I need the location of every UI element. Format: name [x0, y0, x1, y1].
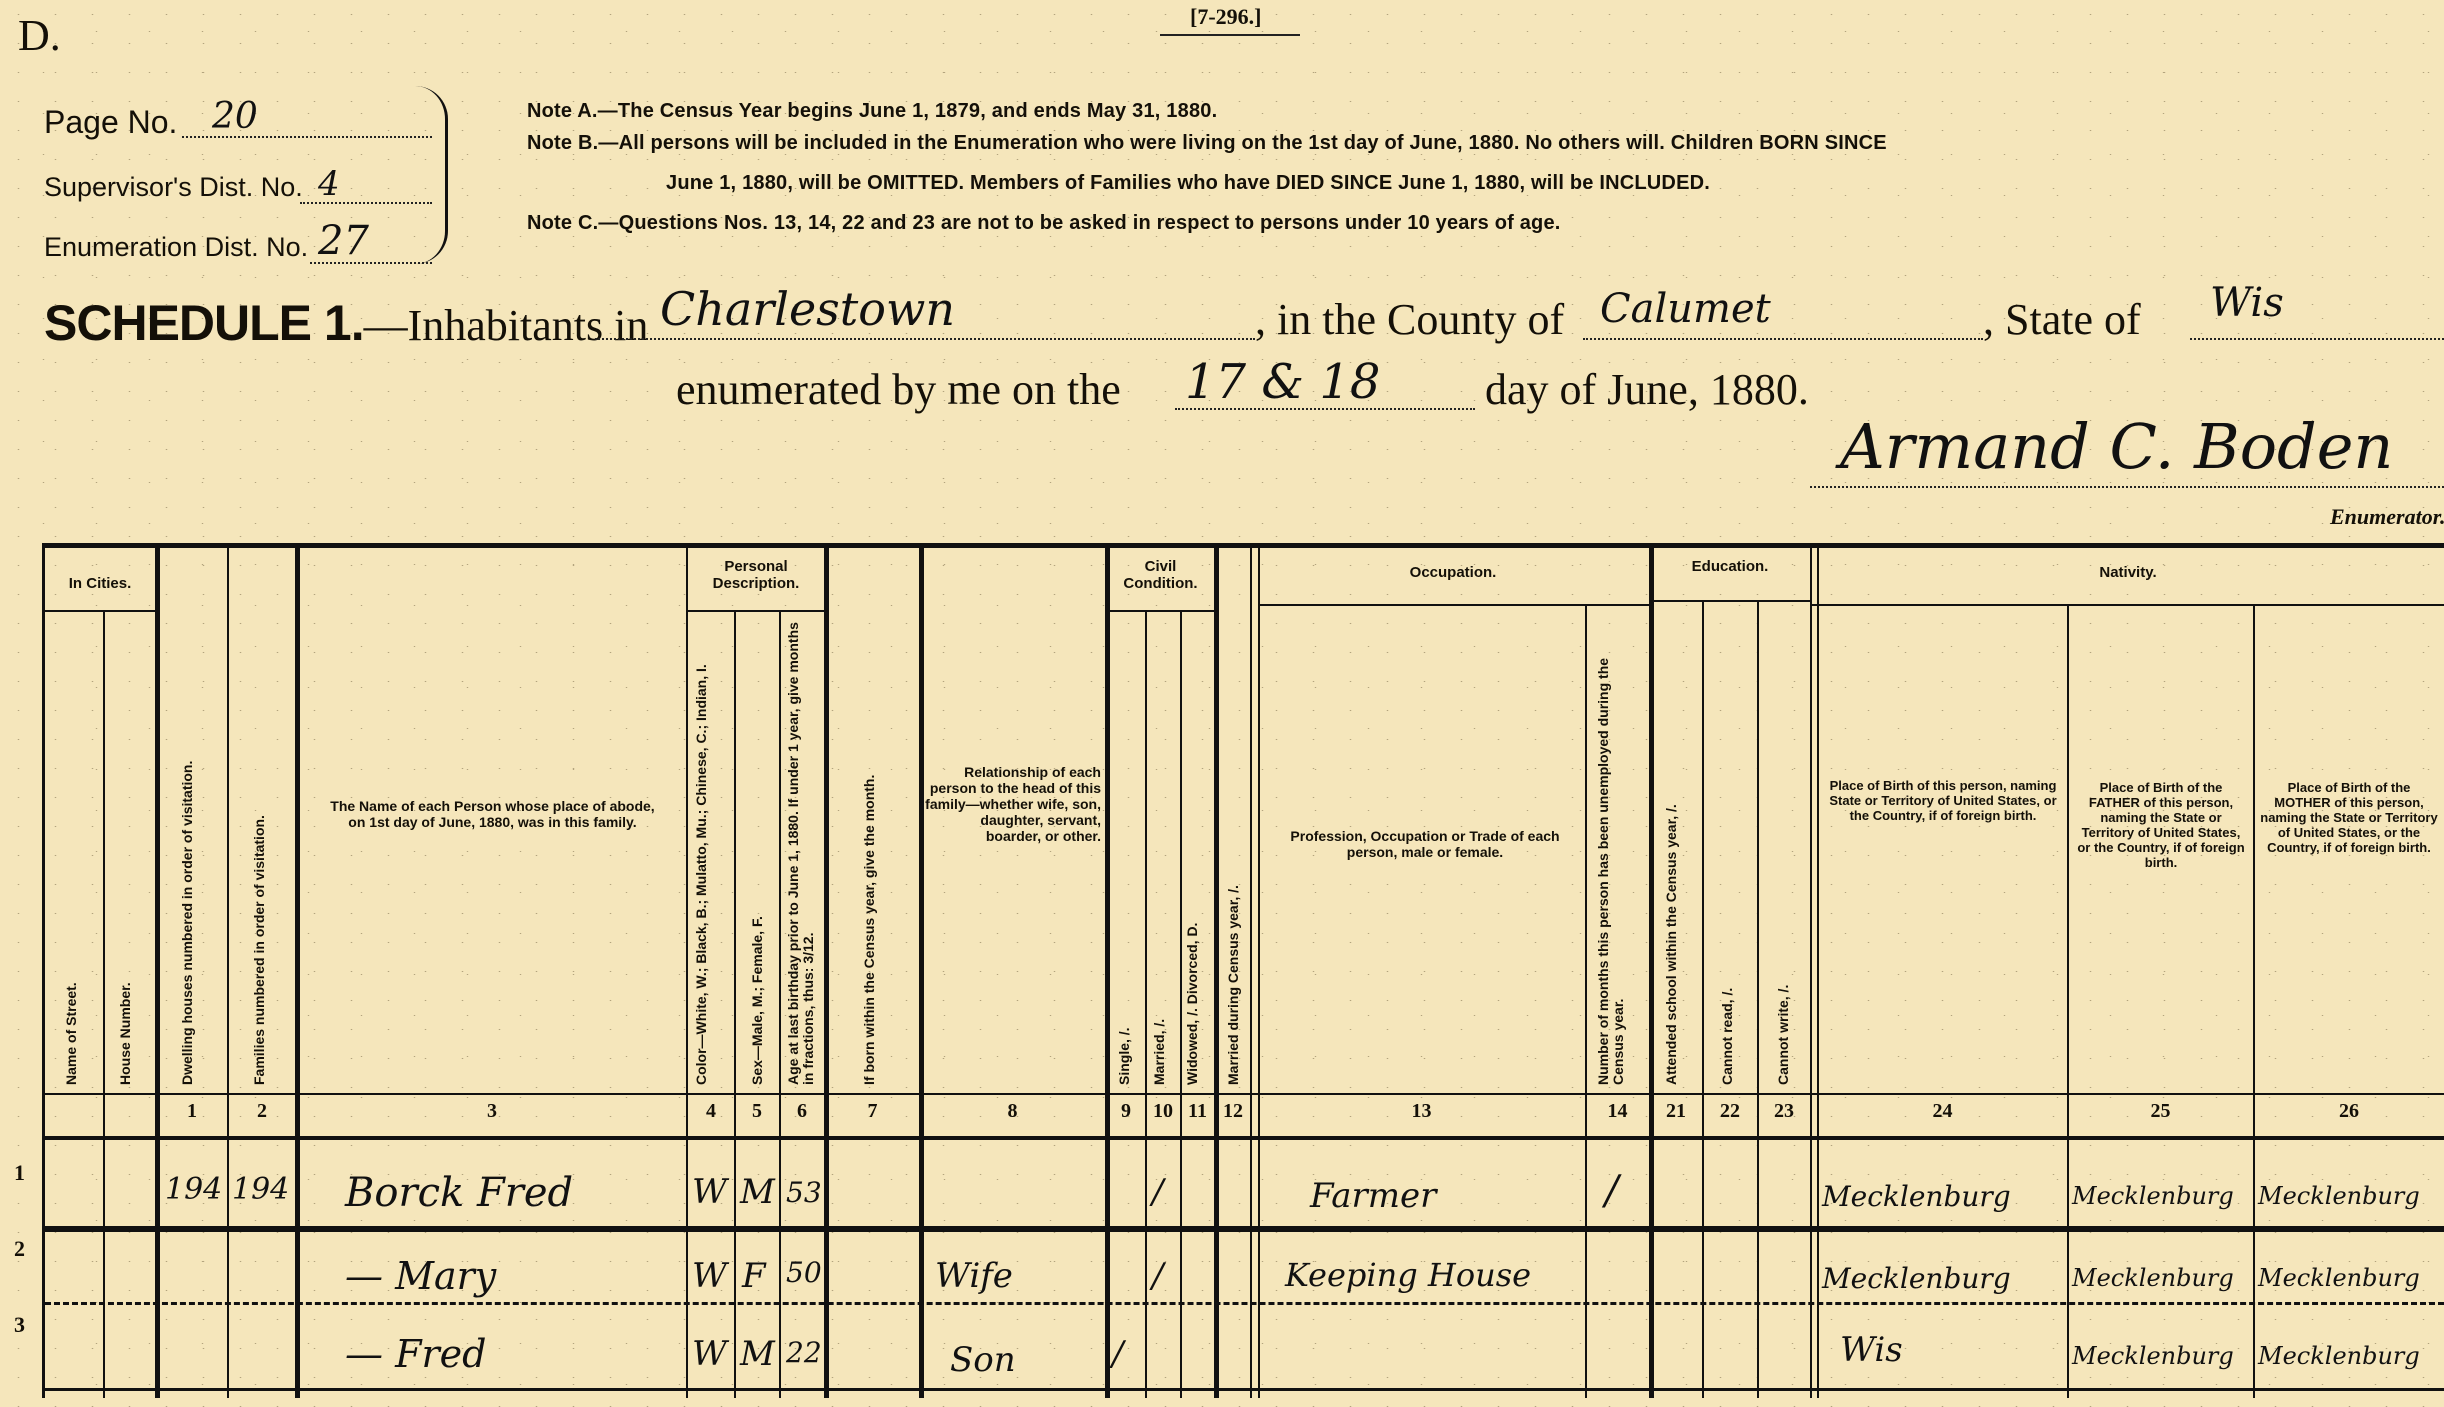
note-c: Note C.—Questions Nos. 13, 14, 22 and 23… — [527, 212, 1561, 235]
col-divider — [734, 612, 736, 1398]
days-value: 17 & 18 — [1185, 354, 1380, 410]
header-relationship: Relationship of each person to the head … — [925, 764, 1101, 844]
header-birthplace: Place of Birth of this person, naming St… — [1824, 778, 2062, 823]
family-separator-rule — [45, 1226, 2444, 1232]
header-occupation: Profession, Occupation or Trade of each … — [1270, 828, 1580, 860]
col-divider — [1585, 606, 1587, 1398]
cell-name: Borck Fred — [345, 1170, 573, 1216]
cell-mother-birthplace: Mecklenburg — [2258, 1264, 2420, 1292]
column-number: 7 — [826, 1100, 919, 1123]
column-number: 5 — [735, 1100, 779, 1123]
supervisor-dist-label: Supervisor's Dist. No. — [44, 172, 303, 203]
col-divider — [1649, 548, 1654, 1398]
col-divider — [2067, 606, 2069, 1398]
column-number: 21 — [1650, 1100, 1702, 1123]
cell-age: 53 — [786, 1176, 822, 1209]
cell-single: / — [1112, 1334, 1123, 1374]
cell-sex: F — [742, 1256, 766, 1296]
col-divider — [155, 548, 160, 1398]
col-divider — [1757, 602, 1759, 1398]
cell-married: / — [1152, 1256, 1163, 1296]
column-number: 26 — [2254, 1100, 2444, 1123]
column-number: 4 — [688, 1100, 734, 1123]
cell-dwelling: 194 — [165, 1172, 222, 1207]
col-divider — [2253, 606, 2255, 1398]
enumerated-label: enumerated by me on the — [676, 364, 1121, 415]
civil-rule — [1107, 610, 1215, 612]
col-divider — [779, 612, 781, 1398]
header-color: Color—White, W.; Black, B.; Mulatto, Mu.… — [694, 620, 728, 1085]
col-divider — [1702, 602, 1704, 1398]
cell-color: W — [692, 1334, 727, 1374]
cell-color: W — [692, 1256, 727, 1296]
cell-father-birthplace: Mecklenburg — [2072, 1342, 2234, 1370]
col-divider — [1817, 548, 1819, 1398]
header-bottom-rule — [45, 1093, 2444, 1095]
group-education: Education. — [1650, 558, 1810, 575]
group-personal-description: Personal Description. — [688, 558, 824, 592]
col-divider — [295, 548, 300, 1398]
cell-age: 22 — [786, 1336, 822, 1369]
cell-birthplace: Mecklenburg — [1822, 1180, 2011, 1213]
col-divider — [103, 612, 105, 1398]
occupation-rule — [1258, 604, 1650, 606]
cell-family: 194 — [232, 1172, 289, 1207]
column-number: 22 — [1703, 1100, 1757, 1123]
enumerator-label: Enumerator. — [2330, 504, 2444, 530]
cell-birthplace: Mecklenburg — [1822, 1262, 2011, 1295]
cell-relationship: Wife — [935, 1256, 1013, 1296]
col-divider — [1810, 548, 1812, 1398]
header-name-of-street: Name of Street. — [64, 930, 84, 1085]
cell-unemployed: / — [1605, 1168, 1618, 1214]
form-letter: D. — [18, 10, 61, 61]
form-number: [7-296.] — [1190, 4, 1261, 30]
note-b-line-2: June 1, 1880, will be OMITTED. Members o… — [666, 172, 1710, 195]
cell-birthplace: Wis — [1840, 1330, 1903, 1370]
supervisor-dist-value: 4 — [318, 164, 340, 204]
header-married: Married, /. — [1152, 960, 1172, 1085]
in-cities-rule — [45, 610, 157, 612]
cell-occupation: Keeping House — [1285, 1256, 1531, 1294]
column-number: 24 — [1818, 1100, 2067, 1123]
note-a: Note A.—The Census Year begins June 1, 1… — [527, 100, 1217, 123]
schedule-title: SCHEDULE 1.—Inhabitants in — [44, 294, 648, 352]
header-age: Age at last birthday prior to June 1, 18… — [786, 616, 820, 1085]
col-divider — [824, 548, 829, 1398]
column-number: 1 — [157, 1100, 227, 1123]
row-line-number: 1 — [14, 1160, 25, 1186]
col-divider — [227, 548, 229, 1398]
cell-father-birthplace: Mecklenburg — [2072, 1182, 2234, 1210]
cell-father-birthplace: Mecklenburg — [2072, 1264, 2234, 1292]
header-single: Single, /. — [1117, 960, 1137, 1085]
column-number-bottom-rule — [45, 1136, 2444, 1140]
nativity-rule — [1812, 604, 2444, 606]
enumeration-dist-label: Enumeration Dist. No. — [44, 232, 308, 263]
cell-color: W — [692, 1172, 727, 1212]
personal-rule — [688, 610, 826, 612]
cell-mother-birthplace: Mecklenburg — [2258, 1342, 2420, 1370]
signature-line — [1810, 486, 2444, 488]
row-line-number: 2 — [14, 1236, 25, 1262]
place-value: Charlestown — [660, 282, 955, 336]
cell-name: — Fred — [345, 1332, 486, 1376]
column-number: 25 — [2068, 1100, 2253, 1123]
state-label: , State of — [1983, 294, 2141, 345]
header-person-name: The Name of each Person whose place of a… — [320, 798, 665, 830]
cell-married: / — [1152, 1172, 1163, 1212]
cell-occupation: Farmer — [1310, 1176, 1436, 1216]
cell-age: 50 — [786, 1256, 822, 1289]
header-house-number: House Number. — [118, 930, 138, 1085]
header-months-unemployed: Number of months this person has been un… — [1596, 616, 1634, 1085]
cell-sex: M — [740, 1334, 775, 1374]
col-divider — [1180, 612, 1182, 1398]
header-married-during-year: Married during Census year, /. — [1226, 790, 1246, 1085]
header-cannot-read: Cannot read, /. — [1720, 900, 1740, 1085]
row-3-bottom-rule — [45, 1388, 2444, 1391]
cell-name: — Mary — [345, 1254, 496, 1298]
header-father-birthplace: Place of Birth of the FATHER of this per… — [2074, 780, 2248, 870]
schedule-number: SCHEDULE 1. — [44, 295, 364, 351]
col-divider — [1250, 548, 1252, 1398]
column-number: 12 — [1215, 1100, 1251, 1123]
cell-relationship: Son — [950, 1340, 1016, 1380]
state-value: Wis — [2210, 280, 2284, 326]
header-dwelling-number: Dwelling houses numbered in order of vis… — [180, 660, 200, 1085]
state-line — [2190, 338, 2444, 340]
col-divider — [1145, 612, 1147, 1398]
header-birth-month: If born within the Census year, give the… — [862, 660, 882, 1085]
col-divider — [686, 548, 688, 1398]
col-divider — [1258, 548, 1260, 1398]
col-divider — [1214, 548, 1219, 1398]
column-number: 23 — [1758, 1100, 1810, 1123]
column-number: 13 — [1258, 1100, 1585, 1123]
column-number: 8 — [920, 1100, 1105, 1123]
cell-mother-birthplace: Mecklenburg — [2258, 1182, 2420, 1210]
page-no-label: Page No. — [44, 104, 177, 141]
header-attended-school: Attended school within the Census year, … — [1664, 680, 1684, 1085]
date-suffix: day of June, 1880. — [1485, 364, 1809, 415]
column-number: 3 — [297, 1100, 687, 1123]
group-nativity: Nativity. — [1812, 564, 2444, 581]
enumerator-signature: Armand C. Boden — [1840, 410, 2393, 483]
header-mother-birthplace: Place of Birth of the MOTHER of this per… — [2258, 780, 2440, 855]
row-2-3-rule — [45, 1302, 2444, 1305]
county-label: , in the County of — [1255, 294, 1564, 345]
header-widowed-divorced: Widowed, /. Divorced, D. — [1185, 840, 1209, 1085]
note-b-line-1: Note B.—All persons will be included in … — [527, 132, 1887, 155]
row-line-number: 3 — [14, 1312, 25, 1338]
column-number: 14 — [1586, 1100, 1649, 1123]
group-in-cities: In Cities. — [45, 575, 155, 592]
col-divider — [919, 548, 924, 1398]
county-line — [1583, 338, 1983, 340]
header-family-number: Families numbered in order of visitation… — [252, 710, 272, 1085]
group-occupation: Occupation. — [1258, 564, 1648, 581]
column-number: 11 — [1181, 1100, 1214, 1123]
page-no-value: 20 — [212, 96, 258, 137]
col-divider — [1105, 548, 1110, 1398]
inhabitants-label: —Inhabitants in — [364, 301, 649, 350]
education-rule — [1650, 600, 1812, 602]
meta-brace — [415, 86, 448, 264]
column-number: 9 — [1107, 1100, 1145, 1123]
header-sex: Sex—Male, M.; Female, F. — [750, 800, 770, 1085]
column-number: 2 — [228, 1100, 296, 1123]
column-number: 10 — [1146, 1100, 1180, 1123]
place-line — [595, 338, 1255, 340]
enumeration-dist-value: 27 — [318, 218, 369, 264]
column-number: 6 — [780, 1100, 824, 1123]
cell-sex: M — [740, 1172, 775, 1212]
county-value: Calumet — [1600, 286, 1771, 332]
header-cannot-write: Cannot write, /. — [1776, 900, 1796, 1085]
form-number-rule — [1160, 34, 1300, 36]
group-civil-condition: Civil Condition. — [1107, 558, 1214, 592]
